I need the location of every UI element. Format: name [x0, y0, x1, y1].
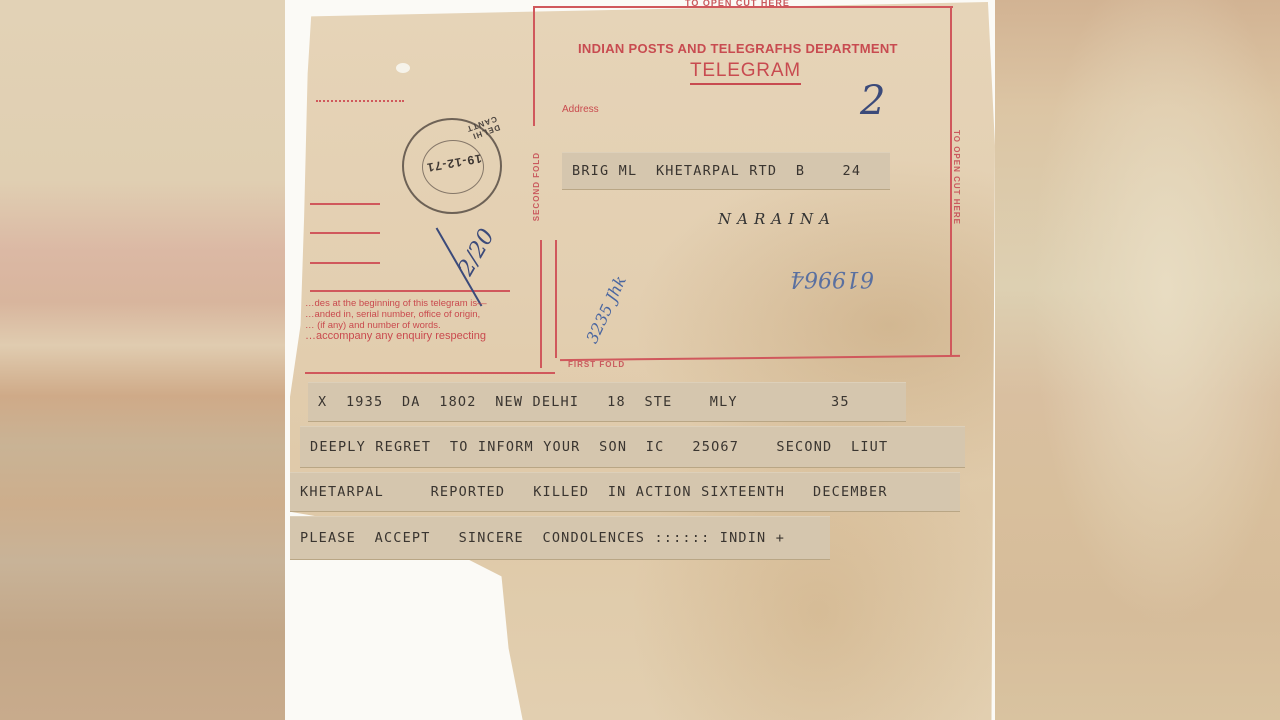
department-name: INDIAN POSTS AND TELEGRAFHS DEPARTMENT	[578, 41, 898, 56]
postmark-stamp: DELHI CANTT 19-12-71	[402, 118, 502, 214]
telegram-title: TELEGRAM	[690, 60, 801, 85]
frame-left-line-bottom	[540, 240, 542, 368]
lower-fold-line	[305, 372, 555, 374]
form-line	[310, 290, 510, 292]
handwritten-note-right: 619964	[790, 266, 874, 291]
handwritten-locality: NARAINA	[718, 210, 836, 228]
inner-fold-line	[555, 240, 557, 358]
address-strip: BRIG ML KHETARPAL RTD B 24	[562, 152, 890, 190]
address-label: Address	[562, 104, 599, 115]
paper-hole	[396, 63, 410, 73]
message-strip-line-2: KHETARPAL REPORTED KILLED IN ACTION SIXT…	[290, 472, 960, 512]
message-strip-line-3: PLEASE ACCEPT SINCERE CONDOLENCES ::::::…	[290, 516, 830, 560]
cut-instruction: TO OPEN CUT HERE	[685, 0, 790, 8]
message-strip-header: X 1935 DA 18O2 NEW DELHI 18 STE MLY 35	[308, 382, 906, 422]
instructions-line: …des at the beginning of this telegram i…	[305, 298, 515, 309]
form-line	[310, 262, 380, 264]
blurred-background-right	[995, 0, 1280, 720]
dotted-line	[316, 100, 404, 102]
instructions-line: …accompany any enquiry respecting	[305, 331, 515, 342]
handwritten-page-number: 2	[860, 78, 885, 124]
form-line	[310, 203, 380, 205]
frame-left-line-top	[533, 6, 535, 126]
form-line	[310, 232, 380, 234]
side-cut-label: TO OPEN CUT HERE	[952, 130, 961, 225]
instructions-text: …des at the beginning of this telegram i…	[305, 298, 515, 342]
blurred-background-left	[0, 0, 285, 720]
message-strip-line-1: DEEPLY REGRET TO INFORM YOUR SON IC 25O6…	[300, 426, 965, 468]
second-fold-label: SECOND FOLD	[532, 152, 541, 221]
first-fold-label: FIRST FOLD	[568, 360, 625, 369]
instructions-line: …anded in, serial number, office of orig…	[305, 309, 515, 320]
